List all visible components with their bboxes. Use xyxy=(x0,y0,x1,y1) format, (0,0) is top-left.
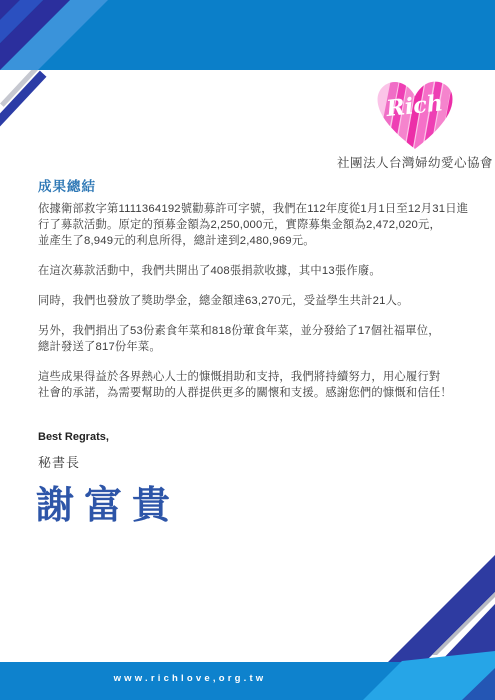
text-line: 另外，我們捐出了53份素食年菜和818份葷食年菜，並分發給了17個社福單位， xyxy=(38,323,468,339)
paragraph: 另外，我們捐出了53份素食年菜和818份葷食年菜，並分發給了17個社福單位， 總… xyxy=(38,323,468,355)
section-heading: 成果總結 xyxy=(38,175,96,195)
text-line: 總計發送了817份年菜。 xyxy=(38,339,468,355)
banner-stripe-light xyxy=(0,0,495,70)
paragraph: 依據衛部救字第1111364192號勸募許可字號，我們在112年度從1月1日至1… xyxy=(38,201,468,249)
heart-logo-icon: Rich xyxy=(370,74,460,152)
letter-body: 依據衛部救字第1111364192號勸募許可字號，我們在112年度從1月1日至1… xyxy=(38,201,468,415)
paragraph: 這些成果得益於各界熱心人士的慷慨捐助和支持，我們將持續努力，用心履行對 社會的承… xyxy=(38,369,468,401)
text-line: 在這次募款活動中，我們共開出了408張捐款收據，其中13張作廢。 xyxy=(38,263,468,279)
text-line: 並產生了8,949元的利息所得，總計達到2,480,969元。 xyxy=(38,233,468,249)
text-line: 行了募款活動。原定的預募金額為2,250,000元，實際募集金額為2,472,0… xyxy=(38,217,468,233)
paragraph: 在這次募款活動中，我們共開出了408張捐款收據，其中13張作廢。 xyxy=(38,263,468,279)
text-line: 依據衛部救字第1111364192號勸募許可字號，我們在112年度從1月1日至1… xyxy=(38,201,468,217)
closing-line: Best Regrats, xyxy=(38,431,109,443)
signer-title: 秘書長 xyxy=(38,452,80,471)
signer-name: 謝富貴 xyxy=(36,474,180,529)
paragraph: 同時，我們也發放了獎助學金，總金額達63,270元，受益學生共計21人。 xyxy=(38,293,468,309)
footer-bar xyxy=(0,662,495,700)
top-banner xyxy=(0,0,495,70)
text-line: 同時，我們也發放了獎助學金，總金額達63,270元，受益學生共計21人。 xyxy=(38,293,468,309)
letter-page: Rich 社團法人台灣婦幼愛心協會 成果總結 依據衛部救字第1111364192… xyxy=(0,0,495,700)
text-line: 這些成果得益於各界熱心人士的慷慨捐助和支持，我們將持續努力，用心履行對 xyxy=(38,369,468,385)
text-line: 社會的承諾，為需要幫助的人群提供更多的關懷和支援。感謝您們的慷慨和信任！ xyxy=(38,385,468,401)
website-url: www.richlove,org.tw xyxy=(0,673,380,684)
